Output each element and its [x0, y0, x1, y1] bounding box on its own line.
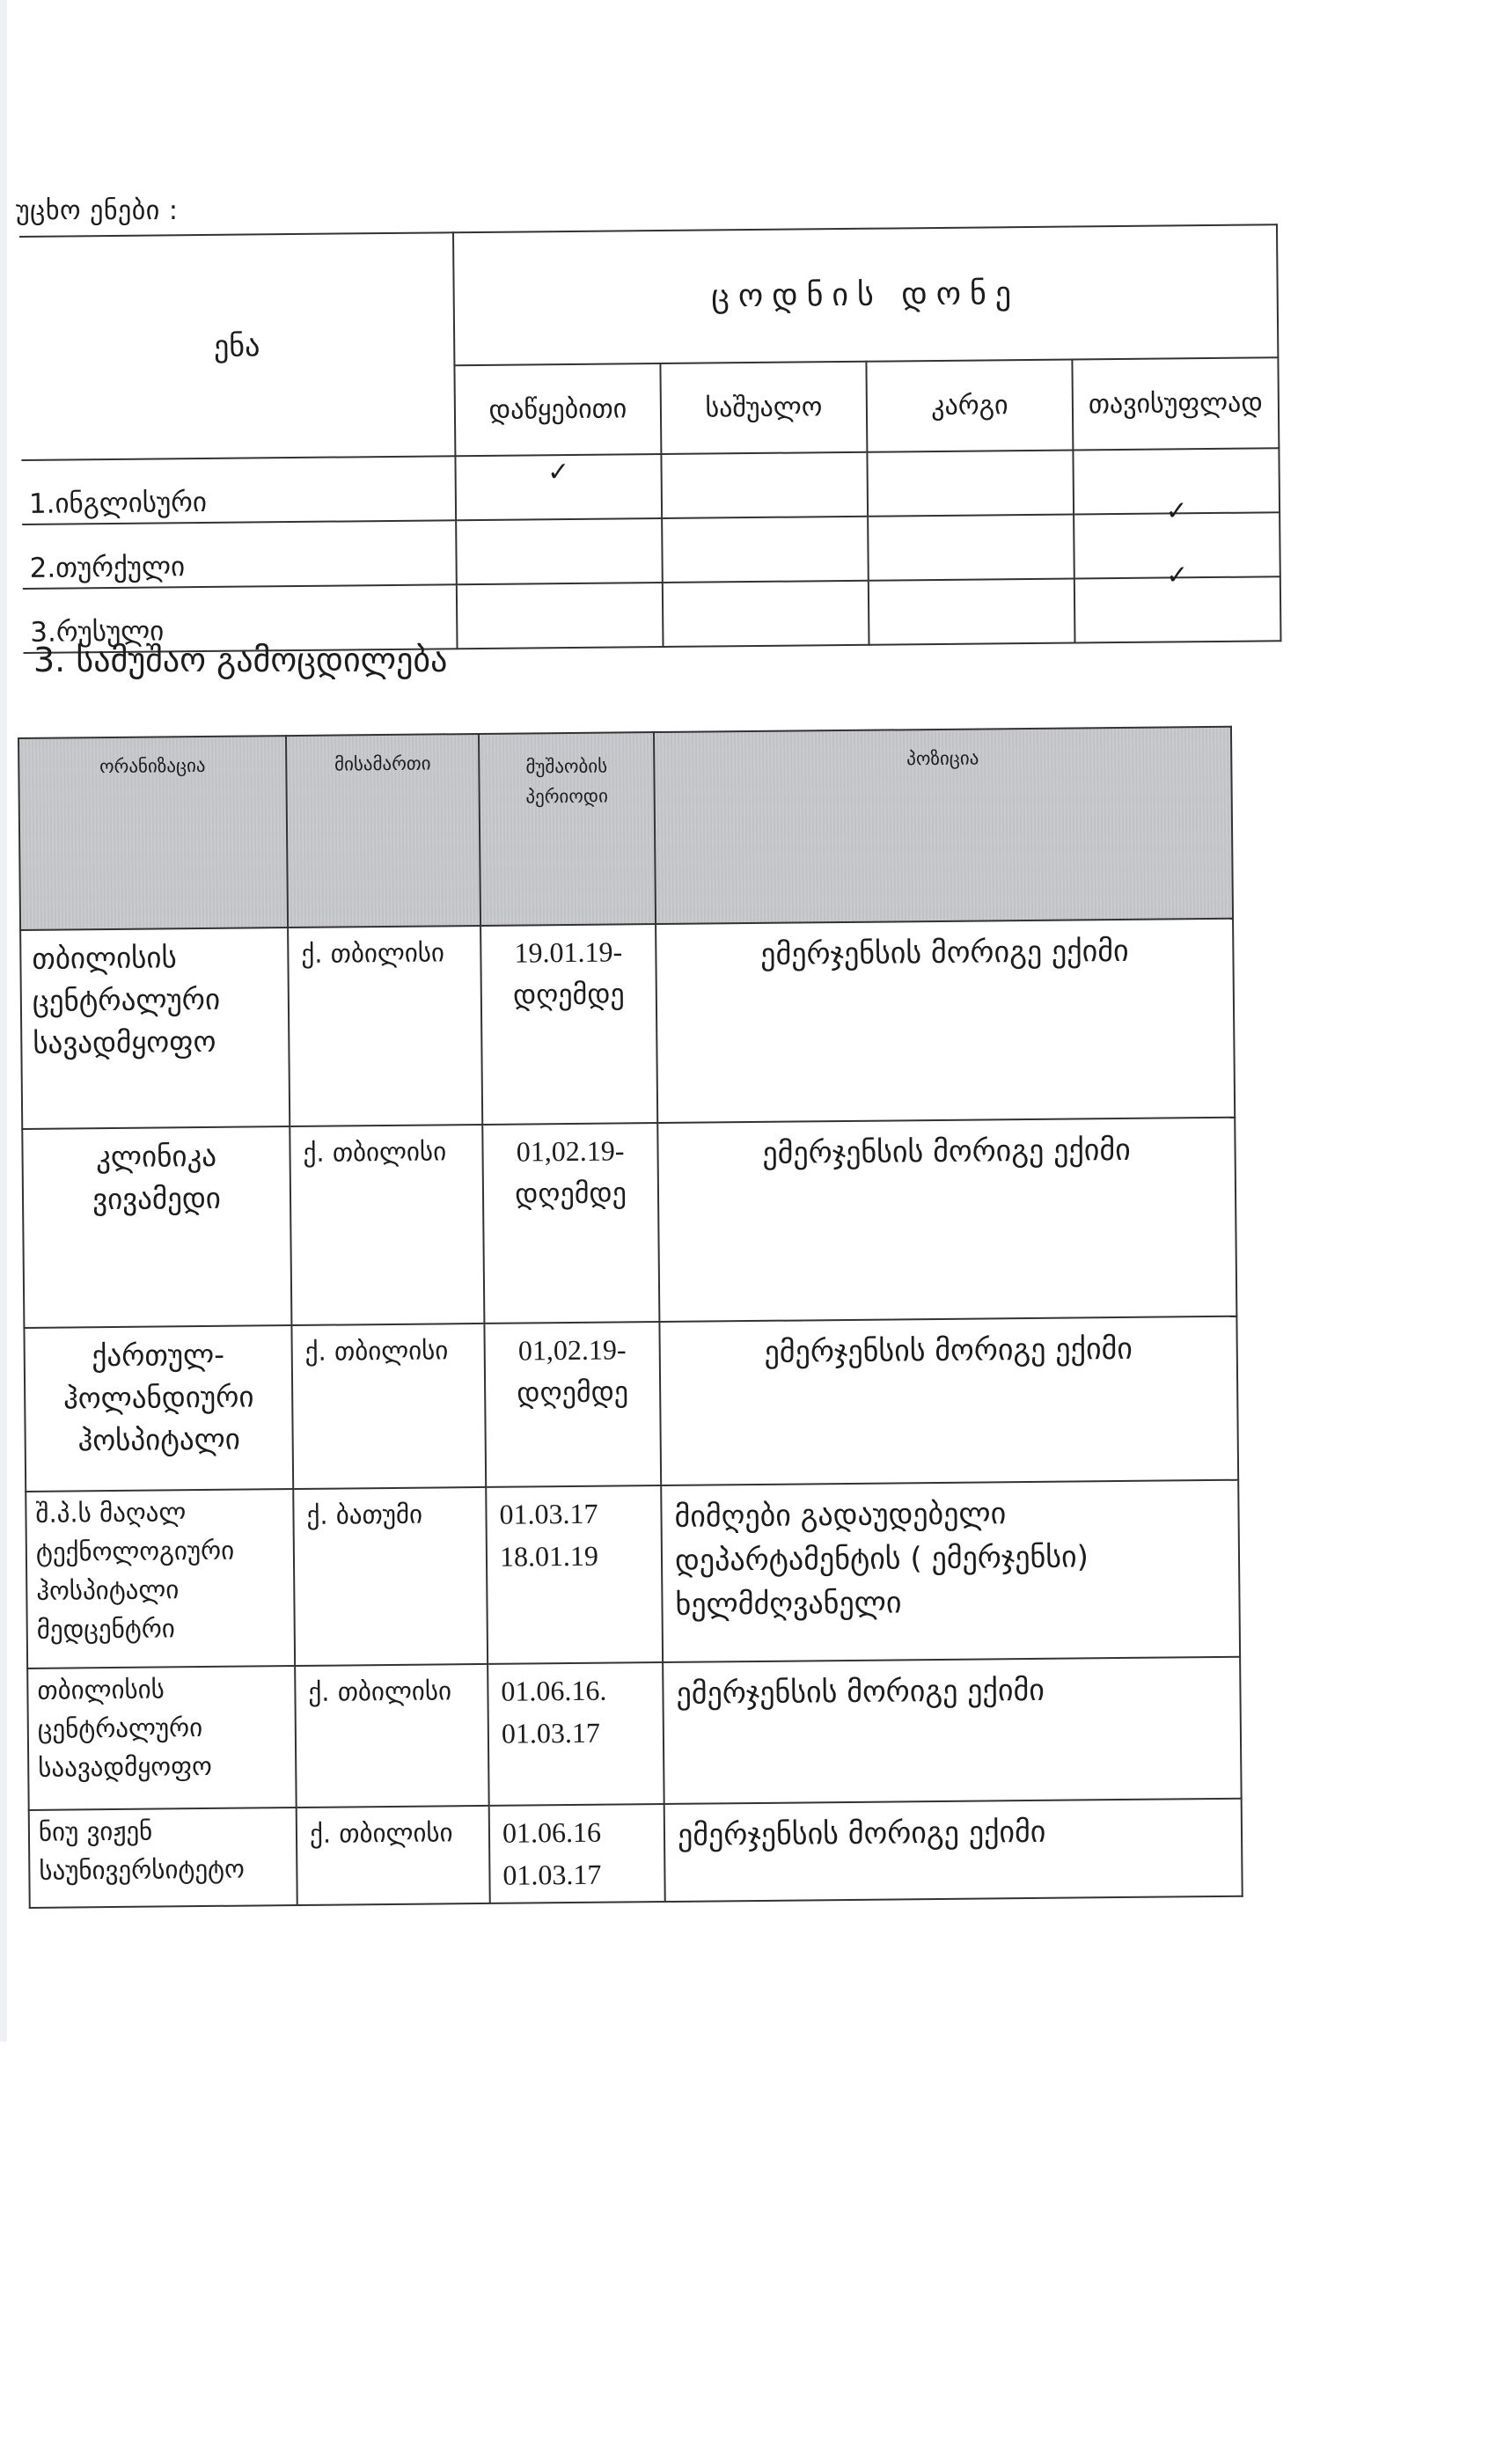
- period-cell: 01,02.19- დღემდე: [482, 1123, 659, 1324]
- organization-cell: შ.პ.ს მაღალ ტექნოლოგიური ჰოსპიტალი მედცე…: [26, 1489, 295, 1668]
- level-cell: [661, 452, 868, 518]
- level-fluent-header: თავისუფლად: [1072, 357, 1279, 450]
- document-page: უცხო ენები : ენა ცოდნის დონე დაწყებითი ს…: [0, 0, 1496, 2042]
- period-cell: 01,02.19- დღემდე: [484, 1322, 661, 1487]
- work-experience-row: ქართულ- ჰოლანდიური ჰოსპიტალიქ. თბილისი01…: [24, 1316, 1238, 1492]
- work-experience-table: ორანიზაცია მისამართი მუშაობის პერიოდი პო…: [18, 726, 1243, 1909]
- work-experience-row: შ.პ.ს მაღალ ტექნოლოგიური ჰოსპიტალი მედცე…: [26, 1480, 1240, 1668]
- organization-cell: კლინიკა ვივამედი: [22, 1126, 291, 1328]
- address-column-header: მისამართი: [286, 734, 480, 928]
- checkmark-icon: ✓: [1166, 560, 1188, 590]
- languages-table: ენა ცოდნის დონე დაწყებითი საშუალო კარგი …: [19, 224, 1281, 654]
- level-cell: [456, 518, 663, 584]
- address-cell: ქ. თბილისი: [291, 1324, 486, 1489]
- languages-heading: უცხო ენები :: [16, 195, 178, 226]
- position-cell: ემერჯენსის მორიგე ექიმი: [663, 1657, 1242, 1804]
- level-intermediate-header: საშუალო: [660, 362, 867, 454]
- period-cell: 01.06.16. 01.03.17: [488, 1662, 664, 1806]
- work-experience-heading: 3. სამუშაო გამოცდილება: [33, 641, 447, 679]
- level-good-header: კარგი: [866, 360, 1073, 452]
- work-experience-row: თბილისის ცენტრალური საავადმყოფოქ. თბილის…: [27, 1657, 1241, 1810]
- work-experience-row: კლინიკა ვივამედიქ. თბილისი01,02.19- დღემ…: [22, 1118, 1236, 1328]
- language-name: 2.თურქული: [22, 520, 457, 589]
- position-cell: ემერჯენსის მორიგე ექიმი: [659, 1316, 1238, 1485]
- organization-cell: ქართულ- ჰოლანდიური ჰოსპიტალი: [24, 1325, 293, 1492]
- checkmark-icon: ✓: [1165, 495, 1187, 526]
- position-cell: ემერჯენსის მორიგე ექიმი: [656, 919, 1235, 1123]
- organization-cell: ნიუ ვიჟენ საუნივერსიტეტო: [29, 1808, 297, 1908]
- position-cell: ემერჯენსის მორიგე ექიმი: [657, 1118, 1236, 1322]
- level-cell: [867, 451, 1074, 517]
- level-beginner-header: დაწყებითი: [454, 363, 661, 456]
- period-column-header: მუშაობის პერიოდი: [479, 732, 656, 926]
- organization-column-header: ორანიზაცია: [18, 736, 288, 930]
- work-table-header-row: ორანიზაცია მისამართი მუშაობის პერიოდი პო…: [18, 727, 1233, 930]
- level-cell: [457, 583, 664, 649]
- position-cell: მიმღები გადაუდებელი დეპარტამენტის ( ემერ…: [661, 1480, 1240, 1662]
- languages-table-body: 1.ინგლისური✓2.თურქული✓3.რუსული✓: [21, 448, 1280, 653]
- position-cell: ემერჯენსის მორიგე ექიმი: [664, 1799, 1243, 1902]
- level-cell: ✓: [1074, 576, 1281, 642]
- work-experience-row: ნიუ ვიჟენ საუნივერსიტეტოქ. თბილისი01.06.…: [29, 1799, 1243, 1908]
- period-cell: 19.01.19- დღემდე: [480, 924, 657, 1125]
- organization-cell: თბილისის ცენტრალური სავადმყოფო: [20, 928, 290, 1129]
- language-column-header: ენა: [19, 232, 455, 460]
- checkmark-icon: ✓: [547, 457, 569, 488]
- language-name: 1.ინგლისური: [21, 456, 456, 524]
- position-column-header: პოზიცია: [654, 727, 1233, 924]
- proficiency-level-header: ცოდნის დონე: [453, 224, 1278, 365]
- level-cell: [868, 515, 1074, 581]
- organization-cell: თბილისის ცენტრალური საავადმყოფო: [27, 1666, 297, 1810]
- language-row: 2.თურქული✓: [22, 512, 1280, 589]
- level-cell: [869, 579, 1075, 645]
- level-cell: [663, 581, 869, 647]
- work-experience-row: თბილისის ცენტრალური სავადმყოფოქ. თბილისი…: [20, 919, 1235, 1129]
- address-cell: ქ. თბილისი: [288, 926, 482, 1126]
- work-table-body: თბილისის ცენტრალური სავადმყოფოქ. თბილისი…: [20, 919, 1243, 1908]
- period-cell: 01.03.17 18.01.19: [486, 1485, 663, 1664]
- level-cell: ✓: [455, 454, 662, 520]
- address-cell: ქ. თბილისი: [297, 1806, 490, 1905]
- language-row: 1.ინგლისური✓: [21, 448, 1280, 524]
- level-cell: [662, 517, 869, 583]
- address-cell: ქ. ბათუმი: [293, 1487, 488, 1666]
- address-cell: ქ. თბილისი: [290, 1125, 484, 1325]
- period-cell: 01.06.16 01.03.17: [489, 1804, 665, 1903]
- address-cell: ქ. თბილისი: [295, 1664, 489, 1808]
